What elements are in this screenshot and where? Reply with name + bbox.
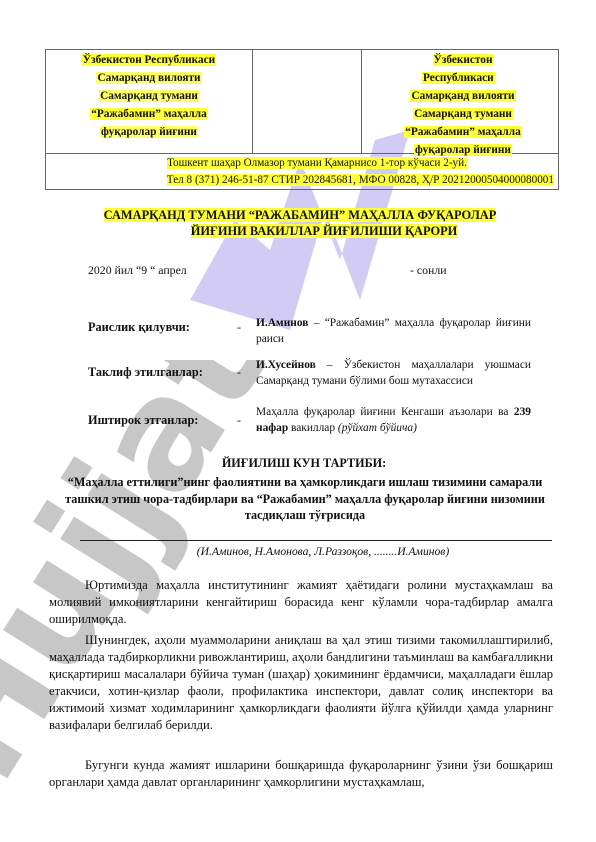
participant-detail: Маҳалла фуқаролар йиғини Кенгаши аъзолар… (256, 404, 531, 436)
participant-name: И.Хусейнов (256, 359, 316, 371)
left-org-cell: Ўзбекистон Республикаси Самарқанд вилоят… (46, 50, 253, 153)
document-number: - сонли (410, 263, 447, 278)
address-text: Тошкент шаҳар Олмазор тумани Қамарнисо 1… (167, 157, 467, 169)
left-org-name: Ўзбекистон Республикаси Самарқанд вилоят… (46, 50, 252, 141)
right-org-line: “Ражабамин” маҳалла (404, 126, 522, 138)
participant-detail: И.Аминов – “Ражабамин” маҳалла фуқаролар… (256, 315, 531, 347)
middle-empty-cell (253, 50, 362, 153)
left-org-line: Самарқанд вилояти (96, 72, 201, 84)
right-org-line: Самарқанд вилояти (410, 90, 515, 102)
participant-label: Раислик қилувчи: (88, 320, 190, 335)
right-org-line: Самарқанд тумани (413, 108, 513, 120)
attendees-count: 239 (514, 406, 531, 418)
participant-dash: - (237, 320, 241, 335)
participant-detail: И.Хусейнов – Ўзбекистон маҳаллалари уюшм… (256, 357, 531, 389)
left-org-line: Ўзбекистон Республикаси (82, 54, 216, 66)
right-org-line: Ўзбекистон (433, 54, 494, 66)
speakers-list: (И.Аминов, Н.Амонова, Л.Раззоқов, ......… (0, 545, 596, 558)
left-org-line: “Ражабамин” маҳалла (90, 108, 208, 120)
body-paragraph: Юртимизда маҳалла институтининг жамият ҳ… (49, 577, 553, 628)
header-table: Ўзбекистон Республикаси Самарқанд вилоят… (45, 49, 559, 190)
participant-label: Иштирок этганлар: (88, 413, 198, 428)
agenda-heading: ЙИҒИЛИШ КУН ТАРТИБИ: (0, 456, 596, 471)
participant-dash: - (237, 413, 241, 428)
body-paragraph: Шунингдек, аҳоли муаммоларини аниқлаш ва… (49, 632, 553, 733)
divider-line (80, 540, 552, 541)
title-line-1: САМАРҚАНД ТУМАНИ “РАЖАБАМИН” МАҲАЛЛА ФУҚ… (104, 208, 497, 222)
left-org-line: фуқаролар йиғини (100, 126, 198, 138)
participant-label: Таклиф этилганлар: (88, 365, 203, 380)
participant-name: И.Аминов (256, 317, 308, 329)
header-row-orgs: Ўзбекистон Республикаси Самарқанд вилоят… (46, 50, 558, 154)
right-org-cell: Ўзбекистон Республикаси Самарқанд вилоят… (362, 50, 558, 153)
left-org-line: Самарқанд тумани (99, 90, 199, 102)
attendees-unit: нафар (256, 422, 288, 434)
document-date: 2020 йил “9 “ апрел (88, 263, 187, 278)
right-org-name: Ўзбекистон Республикаси Самарқанд вилоят… (362, 50, 558, 159)
body-paragraph: Бугунги кунда жамият ишларини бошқаришда… (49, 757, 553, 791)
title-line-2: ЙИҒИНИ ВАКИЛЛАР ЙИҒИЛИШИ ҚАРОРИ (191, 224, 458, 238)
header-row-address: Тошкент шаҳар Олмазор тумани Қамарнисо 1… (46, 154, 558, 190)
requisites-text: Тел 8 (371) 246-51-87 СТИР 202845681, МФ… (167, 174, 554, 186)
attendees-text-after: вакиллар (288, 422, 338, 434)
participant-dash: - (237, 365, 241, 380)
attendees-text: Маҳалла фуқаролар йиғини Кенгаши аъзолар… (256, 406, 514, 418)
document-title: САМАРҚАНД ТУМАНИ “РАЖАБАМИН” МАҲАЛЛА ФУҚ… (40, 207, 560, 239)
agenda-topic: “Маҳалла еттилиги”нинг фаолиятини ва ҳам… (60, 474, 550, 524)
attendees-note: (рўйхат бўйича) (338, 422, 417, 434)
right-org-line: Республикаси (422, 72, 495, 84)
